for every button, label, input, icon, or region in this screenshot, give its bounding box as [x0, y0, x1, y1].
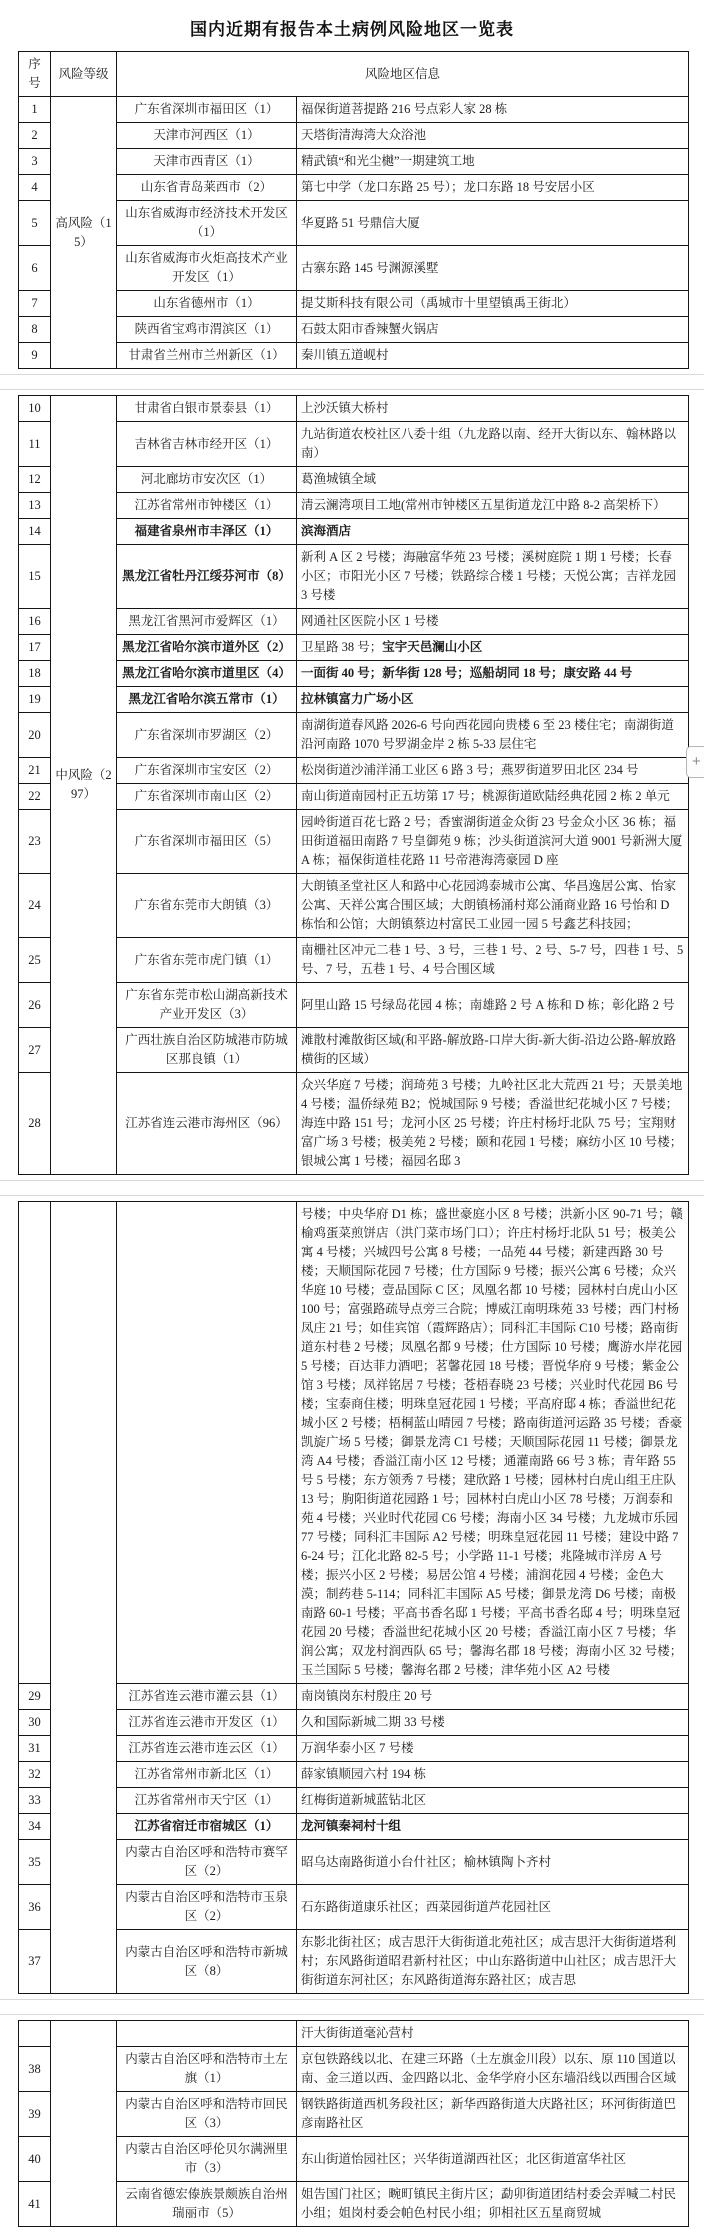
row-number-cell: 33	[19, 1788, 51, 1814]
row-number-cell: 5	[19, 201, 51, 246]
region-cell: 黑龙江省哈尔滨市道里区（4）	[117, 661, 297, 687]
row-number-cell	[19, 2021, 51, 2047]
region-cell: 山东省青岛莱西市（2）	[117, 175, 297, 201]
region-cell: 甘肃省白银市景泰县（1）	[117, 396, 297, 422]
table-row: 29江苏省连云港市灌云县（1）南岗镇岗东村殷庄 20 号	[19, 1684, 689, 1710]
info-cell: 松岗街道沙浦洋涌工业区 6 路 3 号；燕罗街道罗田北区 234 号	[297, 758, 689, 784]
table-row: 18黑龙江省哈尔滨市道里区（4）一面街 40 号；新华街 128 号；巡船胡同 …	[19, 661, 689, 687]
table-segment: 汗大街街道毫沁营村38内蒙古自治区呼和浩特市土左旗（1）京包铁路线以北、在建三环…	[18, 2020, 689, 2227]
info-cell: 南岗镇岗东村殷庄 20 号	[297, 1684, 689, 1710]
info-cell: 第七中学（龙口东路 25 号）；龙口东路 18 号安居小区	[297, 175, 689, 201]
info-cell: 古寨东路 145 号渊源溪墅	[297, 246, 689, 291]
region-cell	[117, 2021, 297, 2047]
row-number-cell: 18	[19, 661, 51, 687]
info-cell: 久和国际新城二期 33 号楼	[297, 1710, 689, 1736]
info-cell: 南山街道南园村正五坊第 17 号；桃源街道欧陆经典花园 2 栋 2 单元	[297, 784, 689, 810]
row-number-cell: 1	[19, 97, 51, 123]
region-cell: 广东省深圳市福田区（5）	[117, 810, 297, 874]
region-cell: 江苏省连云港市海州区（96）	[117, 1073, 297, 1175]
region-cell: 广东省深圳市罗湖区（2）	[117, 713, 297, 758]
table-row: 30江苏省连云港市开发区（1）久和国际新城二期 33 号楼	[19, 1710, 689, 1736]
row-number-cell: 11	[19, 422, 51, 467]
region-cell: 江苏省常州市钟楼区（1）	[117, 493, 297, 519]
table-row: 号楼；中央华府 D1 栋；盛世豪庭小区 8 号楼；洪新小区 90-71 号；赣榆…	[19, 1202, 689, 1684]
region-cell: 内蒙古自治区呼和浩特市土左旗（1）	[117, 2047, 297, 2092]
table-segment: 号楼；中央华府 D1 栋；盛世豪庭小区 8 号楼；洪新小区 90-71 号；赣榆…	[18, 1201, 689, 1994]
info-cell: 华夏路 51 号鼎信大厦	[297, 201, 689, 246]
info-cell: 天塔街清海湾大众浴池	[297, 123, 689, 149]
table-row: 17黑龙江省哈尔滨市道外区（2）卫星路 38 号；宝宇天邑澜山小区	[19, 635, 689, 661]
risk-area-table: 序号风险等级风险地区信息1高风险（15）广东省深圳市福田区（1）福保街道菩提路 …	[0, 51, 704, 2227]
page-break-line	[0, 1999, 704, 2000]
table-row: 25广东省东莞市虎门镇（1）南栅社区冲元二巷 1 号、3 号，三巷 1 号、2 …	[19, 938, 689, 983]
page-break-line	[0, 389, 704, 390]
table-row: 6山东省威海市火炬高技术产业开发区（1）古寨东路 145 号渊源溪墅	[19, 246, 689, 291]
expand-plus-button[interactable]: +	[686, 746, 704, 778]
region-cell: 广东省深圳市福田区（1）	[117, 97, 297, 123]
region-cell: 河北廊坊市安次区（1）	[117, 467, 297, 493]
region-cell: 福建省泉州市丰泽区（1）	[117, 519, 297, 545]
table-row: 13江苏省常州市钟楼区（1）清云澜湾项目工地(常州市钟楼区五星街道龙江中路 8-…	[19, 493, 689, 519]
table-row: 1高风险（15）广东省深圳市福田区（1）福保街道菩提路 216 号点彩人家 28…	[19, 97, 689, 123]
table-row: 5山东省威海市经济技术开发区（1）华夏路 51 号鼎信大厦	[19, 201, 689, 246]
row-number-cell: 32	[19, 1762, 51, 1788]
row-number-cell: 27	[19, 1028, 51, 1073]
table-row: 27广西壮族自治区防城港市防城区那良镇（1）滩散村滩散街区域(和平路-解放路-口…	[19, 1028, 689, 1073]
info-cell: 一面街 40 号；新华街 128 号；巡船胡同 18 号；康安路 44 号	[297, 661, 689, 687]
table-row: 26广东省东莞市松山湖高新技术产业开发区（3）阿里山路 15 号绿岛花园 4 栋…	[19, 983, 689, 1028]
info-cell: 钢铁路街道西机务段社区；新华西路街道大庆路社区；环河街街道巴彦南路社区	[297, 2092, 689, 2137]
row-number-cell: 2	[19, 123, 51, 149]
table-row: 38内蒙古自治区呼和浩特市土左旗（1）京包铁路线以北、在建三环路（土左旗金川段）…	[19, 2047, 689, 2092]
table-row: 39内蒙古自治区呼和浩特市回民区（3）钢铁路街道西机务段社区；新华西路街道大庆路…	[19, 2092, 689, 2137]
table-segment: 序号风险等级风险地区信息1高风险（15）广东省深圳市福田区（1）福保街道菩提路 …	[18, 51, 689, 369]
table-row: 37内蒙古自治区呼和浩特市新城区（8）东影北街社区；成吉思汗大街街道北苑社区；成…	[19, 1930, 689, 1994]
table-row: 24广东省东莞市大朗镇（3）大朗镇圣堂社区人和路中心花园鸿泰城市公寓、华昌逸居公…	[19, 874, 689, 938]
risk-level-cell: 高风险（15）	[51, 97, 117, 369]
info-cell: 上沙沃镇大桥村	[297, 396, 689, 422]
table-row: 16黑龙江省黑河市爱辉区（1）网通社区医院小区 1 号楼	[19, 609, 689, 635]
table-row: 4山东省青岛莱西市（2）第七中学（龙口东路 25 号）；龙口东路 18 号安居小…	[19, 175, 689, 201]
row-number-cell: 40	[19, 2137, 51, 2182]
row-number-cell: 20	[19, 713, 51, 758]
row-number-cell: 28	[19, 1073, 51, 1175]
table-row: 41云南省德宏傣族景颇族自治州瑞丽市（5）姐告国门社区；畹町镇民主街片区；勐卯街…	[19, 2182, 689, 2227]
info-cell: 提艾斯科技有限公司（禹城市十里望镇禹王街北）	[297, 291, 689, 317]
info-cell: 葛渔城镇全域	[297, 467, 689, 493]
info-cell: 薛家镇顺园六村 194 栋	[297, 1762, 689, 1788]
row-number-cell: 39	[19, 2092, 51, 2137]
region-cell: 广东省东莞市虎门镇（1）	[117, 938, 297, 983]
table-row: 汗大街街道毫沁营村	[19, 2021, 689, 2047]
info-cell: 网通社区医院小区 1 号楼	[297, 609, 689, 635]
region-cell: 山东省威海市经济技术开发区（1）	[117, 201, 297, 246]
row-number-cell: 37	[19, 1930, 51, 1994]
table-row: 3天津市西青区（1）精武镇“和光尘樾”一期建筑工地	[19, 149, 689, 175]
page-break-line	[0, 1195, 704, 1196]
region-cell: 广东省深圳市南山区（2）	[117, 784, 297, 810]
info-cell: 大朗镇圣堂社区人和路中心花园鸿泰城市公寓、华昌逸居公寓、怡家公寓、天祥公寓合围区…	[297, 874, 689, 938]
table-segment: 10中风险（297）甘肃省白银市景泰县（1）上沙沃镇大桥村11吉林省吉林市经开区…	[18, 395, 689, 1175]
region-cell: 吉林省吉林市经开区（1）	[117, 422, 297, 467]
info-cell: 众兴华庭 7 号楼；润琦苑 3 号楼；九岭社区北大荒西 21 号；天景美地 4 …	[297, 1073, 689, 1175]
info-cell: 福保街道菩提路 216 号点彩人家 28 栋	[297, 97, 689, 123]
region-cell: 江苏省连云港市连云区（1）	[117, 1736, 297, 1762]
row-number-cell: 35	[19, 1840, 51, 1885]
info-cell: 南湖街道春风路 2026-6 号向西花园向贵楼 6 至 23 楼住宅；南湖街道沿…	[297, 713, 689, 758]
row-number-cell: 23	[19, 810, 51, 874]
info-cell: 拉林镇富力广场小区	[297, 687, 689, 713]
region-cell: 陕西省宝鸡市渭滨区（1）	[117, 317, 297, 343]
page-break-line	[0, 374, 704, 375]
row-number-cell: 25	[19, 938, 51, 983]
row-number-cell: 26	[19, 983, 51, 1028]
row-number-cell: 8	[19, 317, 51, 343]
info-cell: 东影北街社区；成吉思汗大街街道北苑社区；成吉思汗大街街道塔利村；东风路街道昭君新…	[297, 1930, 689, 1994]
region-cell: 广东省深圳市宝安区（2）	[117, 758, 297, 784]
info-cell: 阿里山路 15 号绿岛花园 4 栋；南雄路 2 号 A 栋和 D 栋；彰化路 2…	[297, 983, 689, 1028]
row-number-cell: 12	[19, 467, 51, 493]
info-cell: 精武镇“和光尘樾”一期建筑工地	[297, 149, 689, 175]
table-row: 7山东省德州市（1）提艾斯科技有限公司（禹城市十里望镇禹王街北）	[19, 291, 689, 317]
info-cell: 九站街道农校社区八委十组（九龙路以南、经开大街以东、翰林路以南）	[297, 422, 689, 467]
row-number-cell: 24	[19, 874, 51, 938]
page-break	[0, 1175, 704, 1201]
region-cell	[117, 1202, 297, 1684]
table-row: 11吉林省吉林市经开区（1）九站街道农校社区八委十组（九龙路以南、经开大街以东、…	[19, 422, 689, 467]
row-number-cell: 15	[19, 545, 51, 609]
info-cell: 石鼓太阳市香辣蟹火锅店	[297, 317, 689, 343]
row-number-cell: 10	[19, 396, 51, 422]
region-cell: 内蒙古自治区呼和浩特市回民区（3）	[117, 2092, 297, 2137]
row-number-cell: 36	[19, 1885, 51, 1930]
region-cell: 黑龙江省牡丹江绥芬河市（8）	[117, 545, 297, 609]
risk-level-cell	[51, 2021, 117, 2227]
region-cell: 江苏省宿迁市宿城区（1）	[117, 1814, 297, 1840]
info-cell: 南栅社区冲元二巷 1 号、3 号，三巷 1 号、2 号、5-7 号，四巷 1 号…	[297, 938, 689, 983]
header-risk-area-info: 风险地区信息	[117, 52, 689, 97]
row-number-cell: 41	[19, 2182, 51, 2227]
table-row: 31江苏省连云港市连云区（1）万润华泰小区 7 号楼	[19, 1736, 689, 1762]
info-cell: 滩散村滩散街区域(和平路-解放路-口岸大街-新大街-沿边公路-解放路横街的区域）	[297, 1028, 689, 1073]
region-cell: 江苏省连云港市开发区（1）	[117, 1710, 297, 1736]
page-break	[0, 369, 704, 395]
info-cell: 龙河镇秦祠村十组	[297, 1814, 689, 1840]
table-row: 12河北廊坊市安次区（1）葛渔城镇全域	[19, 467, 689, 493]
table-row: 20广东省深圳市罗湖区（2）南湖街道春风路 2026-6 号向西花园向贵楼 6 …	[19, 713, 689, 758]
row-number-cell: 16	[19, 609, 51, 635]
row-number-cell: 9	[19, 343, 51, 369]
region-cell: 黑龙江省黑河市爱辉区（1）	[117, 609, 297, 635]
table-header-row: 序号风险等级风险地区信息	[19, 52, 689, 97]
info-cell: 红梅街道新城蓝钻北区	[297, 1788, 689, 1814]
info-cell: 东山街道怡园社区；兴华街道湖西社区；北区街道富华社区	[297, 2137, 689, 2182]
info-cell: 汗大街街道毫沁营村	[297, 2021, 689, 2047]
risk-level-cell	[51, 1202, 117, 1994]
row-number-cell: 29	[19, 1684, 51, 1710]
table-row: 23广东省深圳市福田区（5）园岭街道百花七路 2 号；香蜜湖街道金众街 23 号…	[19, 810, 689, 874]
row-number-cell: 30	[19, 1710, 51, 1736]
table-row: 34江苏省宿迁市宿城区（1）龙河镇秦祠村十组	[19, 1814, 689, 1840]
info-cell: 万润华泰小区 7 号楼	[297, 1736, 689, 1762]
table-row: 21广东省深圳市宝安区（2）松岗街道沙浦洋涌工业区 6 路 3 号；燕罗街道罗田…	[19, 758, 689, 784]
row-number-cell: 21	[19, 758, 51, 784]
table-row: 28江苏省连云港市海州区（96）众兴华庭 7 号楼；润琦苑 3 号楼；九岭社区北…	[19, 1073, 689, 1175]
region-cell: 黑龙江省哈尔滨五常市（1）	[117, 687, 297, 713]
table-row: 10中风险（297）甘肃省白银市景泰县（1）上沙沃镇大桥村	[19, 396, 689, 422]
row-number-cell: 4	[19, 175, 51, 201]
region-cell: 广东省东莞市松山湖高新技术产业开发区（3）	[117, 983, 297, 1028]
region-cell: 天津市西青区（1）	[117, 149, 297, 175]
region-cell: 江苏省常州市天宁区（1）	[117, 1788, 297, 1814]
info-cell: 滨海酒店	[297, 519, 689, 545]
table-row: 19黑龙江省哈尔滨五常市（1）拉林镇富力广场小区	[19, 687, 689, 713]
region-cell: 江苏省常州市新北区（1）	[117, 1762, 297, 1788]
risk-level-cell: 中风险（297）	[51, 396, 117, 1175]
info-text-part: 宝宇天邑澜山小区	[382, 640, 482, 654]
row-number-cell: 34	[19, 1814, 51, 1840]
region-cell: 内蒙古自治区呼和浩特市新城区（8）	[117, 1930, 297, 1994]
region-cell: 内蒙古自治区呼伦贝尔满洲里市（3）	[117, 2137, 297, 2182]
info-cell: 秦川镇五道岘村	[297, 343, 689, 369]
table-row: 40内蒙古自治区呼伦贝尔满洲里市（3）东山街道怡园社区；兴华街道湖西社区；北区街…	[19, 2137, 689, 2182]
row-number-cell: 38	[19, 2047, 51, 2092]
region-cell: 广东省东莞市大朗镇（3）	[117, 874, 297, 938]
page-break-line	[0, 1180, 704, 1181]
info-cell: 石东路街道康乐社区；西菜园街道芦花园社区	[297, 1885, 689, 1930]
table-row: 9甘肃省兰州市兰州新区（1）秦川镇五道岘村	[19, 343, 689, 369]
region-cell: 云南省德宏傣族景颇族自治州瑞丽市（5）	[117, 2182, 297, 2227]
info-cell: 园岭街道百花七路 2 号；香蜜湖街道金众街 23 号金众小区 36 栋；福田街道…	[297, 810, 689, 874]
header-serial-number: 序号	[19, 52, 51, 97]
row-number-cell: 22	[19, 784, 51, 810]
table-row: 14福建省泉州市丰泽区（1）滨海酒店	[19, 519, 689, 545]
table-row: 15黑龙江省牡丹江绥芬河市（8）新利 A 区 2 号楼；海融富华苑 23 号楼；…	[19, 545, 689, 609]
page-break-line	[0, 2014, 704, 2015]
table-row: 36内蒙古自治区呼和浩特市玉泉区（2）石东路街道康乐社区；西菜园街道芦花园社区	[19, 1885, 689, 1930]
row-number-cell: 31	[19, 1736, 51, 1762]
region-cell: 山东省德州市（1）	[117, 291, 297, 317]
table-row: 32江苏省常州市新北区（1）薛家镇顺园六村 194 栋	[19, 1762, 689, 1788]
table-row: 8陕西省宝鸡市渭滨区（1）石鼓太阳市香辣蟹火锅店	[19, 317, 689, 343]
info-cell: 昭乌达南路街道小台什社区；榆林镇陶卜齐村	[297, 1840, 689, 1885]
page-title: 国内近期有报告本土病例风险地区一览表	[0, 15, 704, 40]
info-cell: 新利 A 区 2 号楼；海融富华苑 23 号楼；溪树庭院 1 期 1 号楼；长春…	[297, 545, 689, 609]
table-row: 35内蒙古自治区呼和浩特市赛罕区（2）昭乌达南路街道小台什社区；榆林镇陶卜齐村	[19, 1840, 689, 1885]
row-number-cell: 17	[19, 635, 51, 661]
table-row: 2天津市河西区（1）天塔街清海湾大众浴池	[19, 123, 689, 149]
region-cell: 内蒙古自治区呼和浩特市玉泉区（2）	[117, 1885, 297, 1930]
row-number-cell: 6	[19, 246, 51, 291]
row-number-cell: 3	[19, 149, 51, 175]
region-cell: 甘肃省兰州市兰州新区（1）	[117, 343, 297, 369]
table-row: 33江苏省常州市天宁区（1）红梅街道新城蓝钻北区	[19, 1788, 689, 1814]
info-cell: 京包铁路线以北、在建三环路（土左旗金川段）以东、原 110 国道以南、金三道以西…	[297, 2047, 689, 2092]
table-row: 22广东省深圳市南山区（2）南山街道南园村正五坊第 17 号；桃源街道欧陆经典花…	[19, 784, 689, 810]
info-cell: 姐告国门社区；畹町镇民主街片区；勐卯街道团结村委会弄喊二村民小组；姐岗村委会帕色…	[297, 2182, 689, 2227]
row-number-cell: 13	[19, 493, 51, 519]
page-break	[0, 1994, 704, 2020]
info-cell: 清云澜湾项目工地(常州市钟楼区五星街道龙江中路 8-2 高架桥下）	[297, 493, 689, 519]
info-cell: 号楼；中央华府 D1 栋；盛世豪庭小区 8 号楼；洪新小区 90-71 号；赣榆…	[297, 1202, 689, 1684]
info-text-part: 卫星路 38 号；	[301, 640, 382, 654]
info-cell: 卫星路 38 号；宝宇天邑澜山小区	[297, 635, 689, 661]
region-cell: 广西壮族自治区防城港市防城区那良镇（1）	[117, 1028, 297, 1073]
region-cell: 内蒙古自治区呼和浩特市赛罕区（2）	[117, 1840, 297, 1885]
row-number-cell: 19	[19, 687, 51, 713]
row-number-cell: 14	[19, 519, 51, 545]
region-cell: 天津市河西区（1）	[117, 123, 297, 149]
region-cell: 山东省威海市火炬高技术产业开发区（1）	[117, 246, 297, 291]
row-number-cell: 7	[19, 291, 51, 317]
row-number-cell	[19, 1202, 51, 1684]
region-cell: 黑龙江省哈尔滨市道外区（2）	[117, 635, 297, 661]
region-cell: 江苏省连云港市灌云县（1）	[117, 1684, 297, 1710]
header-risk-level: 风险等级	[51, 52, 117, 97]
